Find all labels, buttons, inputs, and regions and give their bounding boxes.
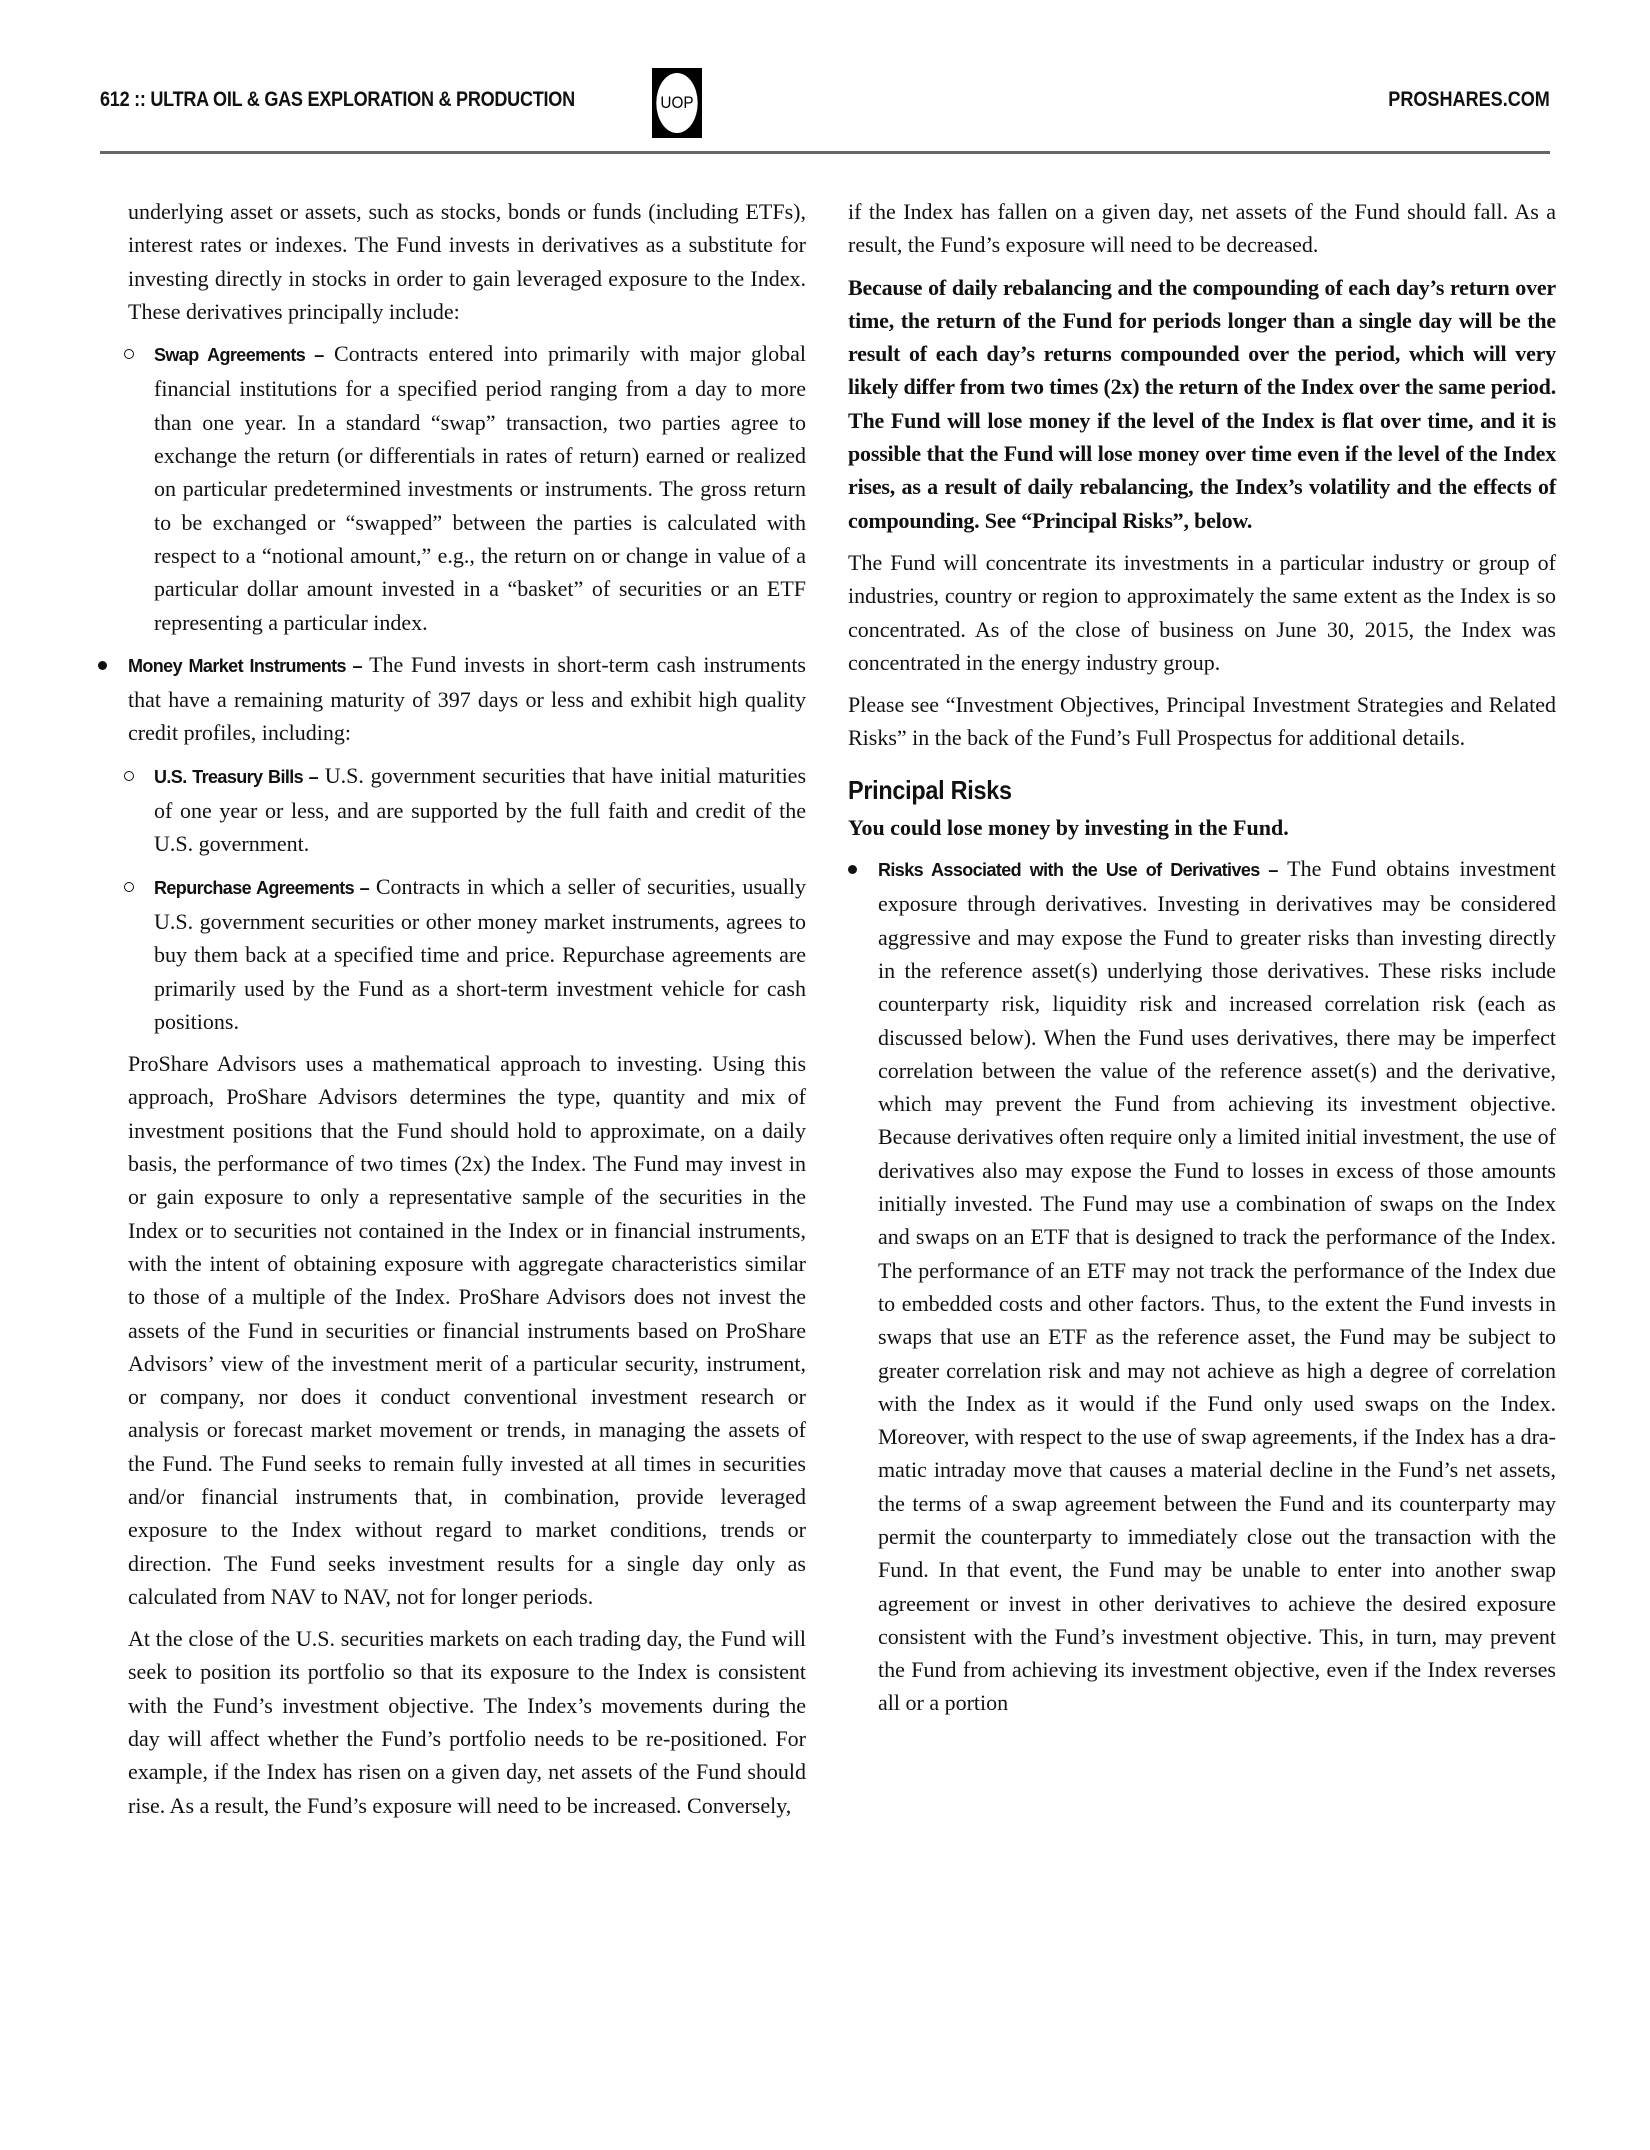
risk-list: Risks Associated with the Use of Derivat… xyxy=(878,852,1556,1720)
compounding-warning: Because of daily rebalancing and the com… xyxy=(848,271,1556,537)
ticker-badge: UOP xyxy=(652,68,702,138)
instruments-list: Money Market Instruments – The Fund inve… xyxy=(128,648,806,750)
close-paragraph: At the close of the U.S. securities mark… xyxy=(128,1622,806,1822)
list-item-swap-agreements: Swap Agreements – Contracts entered into… xyxy=(154,337,806,639)
term-swap-agreements: Swap Agreements – xyxy=(154,345,324,365)
money-market-sublist: U.S. Treasury Bills – U.S. government se… xyxy=(154,759,806,1038)
see-also-paragraph: Please see “Investment Objectives, Princ… xyxy=(848,688,1556,755)
concentration-paragraph: The Fund will concentrate its investment… xyxy=(848,546,1556,679)
term-repurchase-agreements: Repurchase Agreements – xyxy=(154,878,369,898)
filled-bullet-icon xyxy=(98,661,107,670)
right-column: if the Index has fallen on a given day, … xyxy=(848,195,1556,1729)
term-treasury-bills: U.S. Treasury Bills – xyxy=(154,767,318,787)
site-name: PROSHARES.COM xyxy=(1388,88,1550,112)
open-bullet-icon xyxy=(124,882,134,892)
list-item-treasury-bills: U.S. Treasury Bills – U.S. government se… xyxy=(154,759,806,861)
list-item-derivatives-risk: Risks Associated with the Use of Derivat… xyxy=(878,852,1556,1720)
term-money-market: Money Market Instruments – xyxy=(128,656,362,676)
open-bullet-icon xyxy=(124,349,134,359)
intro-paragraph: underlying asset or assets, such as stoc… xyxy=(128,195,806,328)
open-bullet-icon xyxy=(124,771,134,781)
continued-paragraph: if the Index has fallen on a given day, … xyxy=(848,195,1556,262)
derivatives-risk-text: The Fund obtains investment exposure thr… xyxy=(878,856,1556,1715)
section-subheading: You could lose money by investing in the… xyxy=(848,811,1556,844)
ticker-badge-label: UOP xyxy=(656,73,697,133)
approach-paragraph: ProShare Advisors uses a mathematical ap… xyxy=(128,1047,806,1613)
list-item-money-market: Money Market Instruments – The Fund inve… xyxy=(128,648,806,750)
list-item-repurchase-agreements: Repurchase Agreements – Contracts in whi… xyxy=(154,870,806,1038)
left-column: underlying asset or assets, such as stoc… xyxy=(128,195,806,1831)
swap-agreements-text: Contracts entered into primarily with ma… xyxy=(154,341,806,634)
header-divider xyxy=(100,151,1550,154)
section-heading-principal-risks: Principal Risks xyxy=(848,773,1485,807)
filled-bullet-icon xyxy=(848,865,857,874)
term-derivatives-risk: Risks Associated with the Use of Derivat… xyxy=(878,860,1278,880)
page-number-and-fund-title: 612 :: ULTRA OIL & GAS EXPLORATION & PRO… xyxy=(100,88,575,112)
page-header: 612 :: ULTRA OIL & GAS EXPLORATION & PRO… xyxy=(0,0,1650,160)
derivatives-list: Swap Agreements – Contracts entered into… xyxy=(154,337,806,639)
